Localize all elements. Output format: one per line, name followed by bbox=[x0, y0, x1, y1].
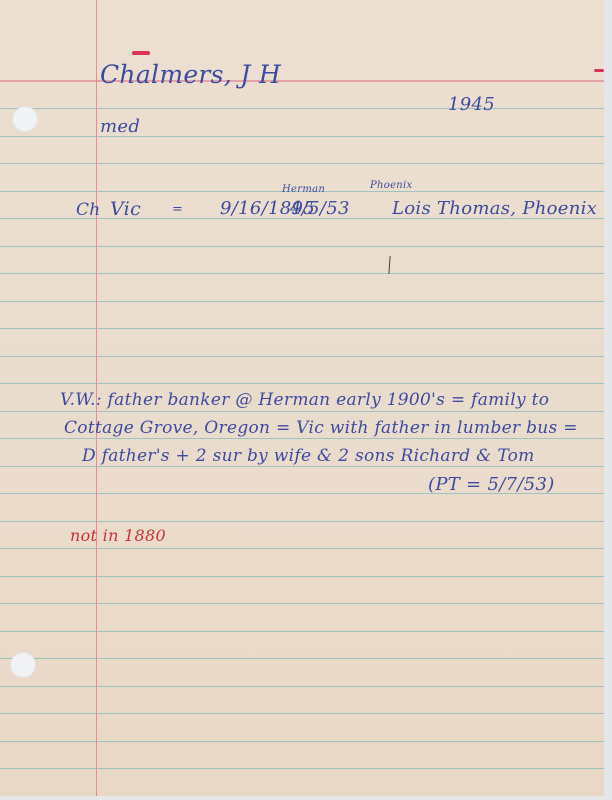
ruled-line bbox=[0, 658, 604, 659]
ruled-line bbox=[0, 356, 604, 357]
ruled-line bbox=[0, 273, 604, 274]
category: med bbox=[100, 116, 140, 137]
top-red-rule bbox=[0, 80, 604, 82]
ruled-line bbox=[0, 631, 604, 632]
notebook-page: Chalmers, J H 1945 med Ch Vic = 9/16/189… bbox=[0, 0, 604, 796]
birth-place-note: Herman bbox=[282, 184, 325, 195]
ruled-line bbox=[0, 686, 604, 687]
ruled-line bbox=[0, 438, 604, 439]
spouse-info: Lois Thomas, Phoenix bbox=[392, 198, 597, 219]
ruled-line bbox=[0, 136, 604, 137]
year: 1945 bbox=[448, 94, 495, 115]
note-line-4: (PT = 5/7/53) bbox=[428, 474, 555, 495]
ruled-line bbox=[0, 548, 604, 549]
punch-hole bbox=[12, 106, 38, 132]
note-line-3: D father's + 2 sur by wife & 2 sons Rich… bbox=[82, 446, 535, 466]
name-heading: Chalmers, J H bbox=[100, 60, 281, 89]
entry-prefix: Ch bbox=[76, 200, 101, 220]
punch-hole bbox=[10, 652, 36, 678]
ruled-line bbox=[0, 328, 604, 329]
red-note: not in 1880 bbox=[70, 526, 166, 545]
entry-equals: = bbox=[172, 202, 183, 217]
death-place-note: Phoenix bbox=[370, 180, 413, 191]
ruled-line bbox=[0, 466, 604, 467]
ruled-line bbox=[0, 246, 604, 247]
ruled-line bbox=[0, 383, 604, 384]
entry-name: Vic bbox=[110, 198, 141, 220]
ruled-line bbox=[0, 713, 604, 714]
ruled-line bbox=[0, 768, 604, 769]
ruled-line bbox=[0, 603, 604, 604]
note-line-2: Cottage Grove, Oregon = Vic with father … bbox=[64, 418, 578, 438]
note-line-1: V.W.: father banker @ Herman early 1900'… bbox=[60, 390, 549, 410]
pencil-mark bbox=[388, 256, 390, 274]
ruled-line bbox=[0, 411, 604, 412]
ruled-line bbox=[0, 521, 604, 522]
ruled-line bbox=[0, 108, 604, 109]
ruled-line bbox=[0, 163, 604, 164]
ruled-line bbox=[0, 576, 604, 577]
red-ink-mark bbox=[132, 51, 150, 55]
ruled-line bbox=[0, 741, 604, 742]
red-ink-mark bbox=[594, 69, 604, 72]
death-date: 4/5/53 bbox=[290, 198, 350, 219]
ruled-line bbox=[0, 301, 604, 302]
